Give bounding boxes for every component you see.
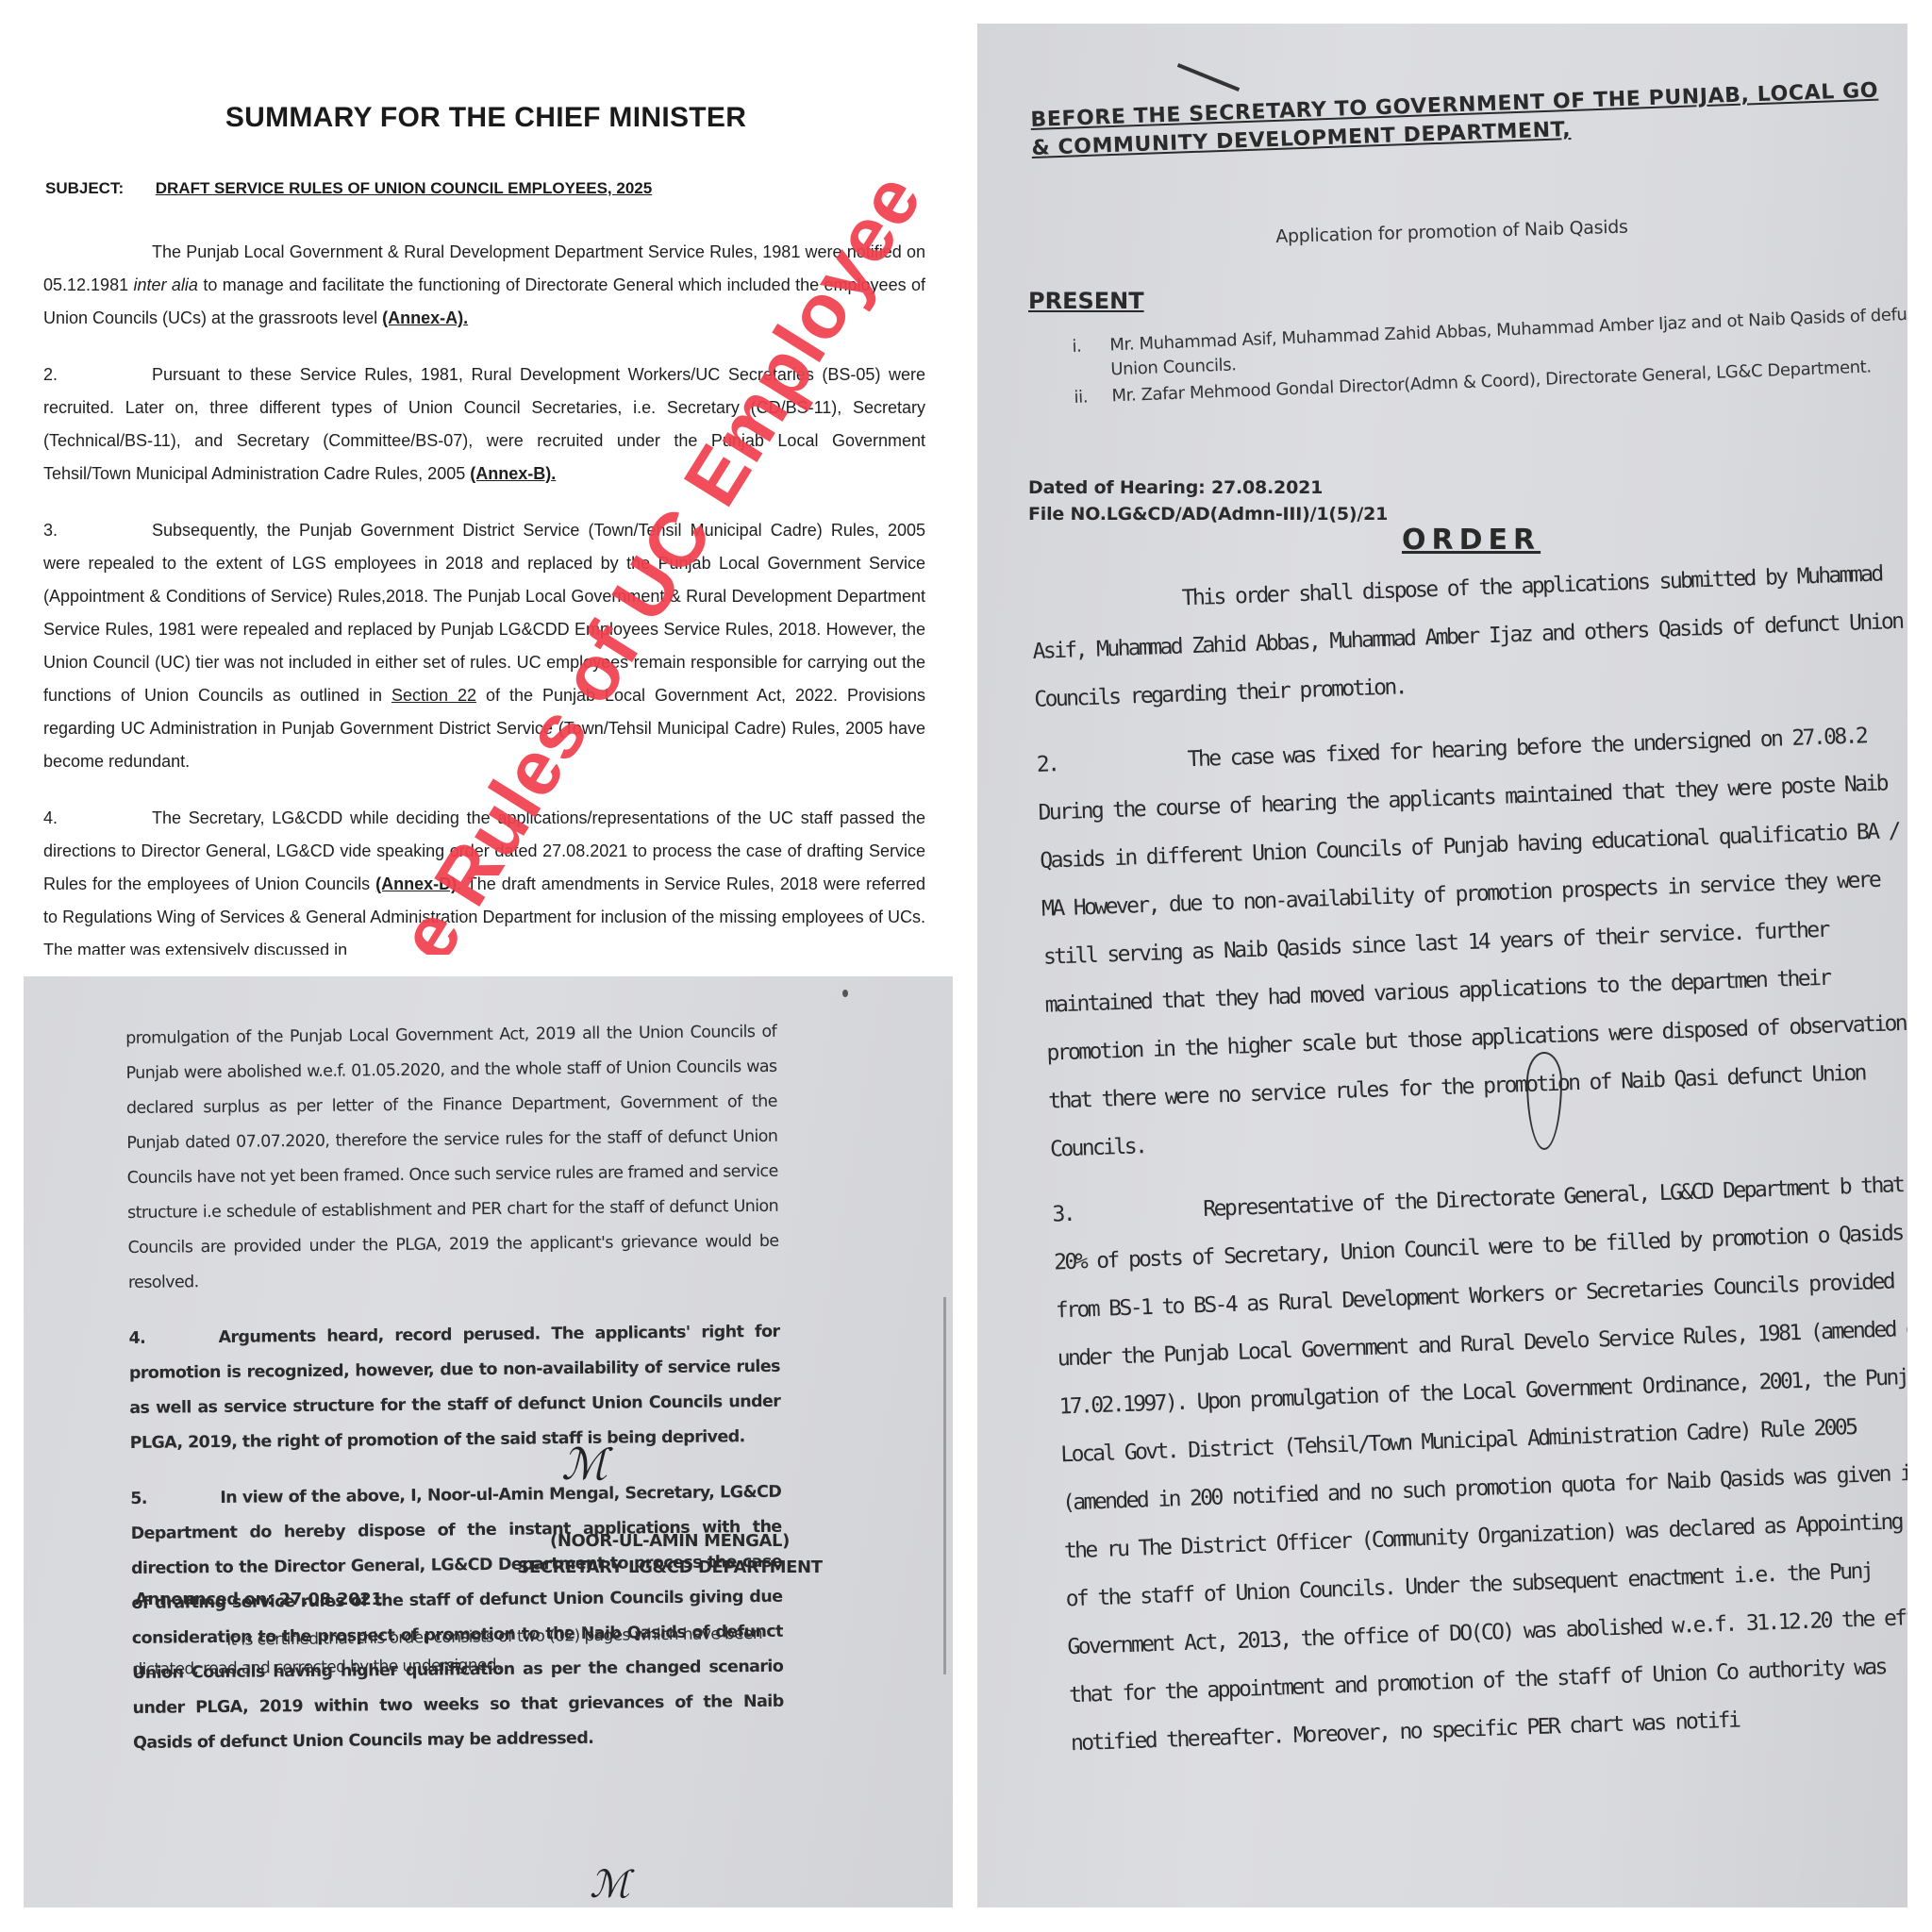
subject-label: SUBJECT: (45, 179, 151, 198)
section-22-reference: Section 22 (391, 686, 476, 705)
subject-value: DRAFT SERVICE RULES OF UNION COUNCIL EMP… (156, 179, 652, 197)
hearing-date: Dated of Hearing: 27.08.2021 (1028, 475, 1388, 501)
signatory-name: (NOOR-UL-AMIN MENGAL) (500, 1528, 840, 1555)
signatory-block: (NOOR-UL-AMIN MENGAL) SECRETARY LG&CD DE… (500, 1528, 840, 1581)
file-number: File NO.LG&CD/AD(Admn-III)/1(5)/21 (1028, 501, 1388, 527)
annex-a-reference: (Annex-A) (382, 308, 463, 327)
annex-d-reference: (Annex-D) (375, 874, 457, 893)
signatory-title: SECRETARY LG&CD DEPARTMENT (500, 1555, 840, 1581)
present-label: PRESENT (1028, 288, 1144, 314)
order-page-1-body: This order shall dispose of the applicat… (1030, 549, 1907, 1785)
initials-icon: ℳ (590, 1863, 630, 1907)
certification-note: It is certified that this order consists… (132, 1620, 774, 1684)
hearing-meta: Dated of Hearing: 27.08.2021 File NO.LG&… (1028, 475, 1388, 527)
summary-title: SUMMARY FOR THE CHIEF MINISTER (0, 102, 972, 134)
pen-mark (1177, 63, 1240, 92)
summary-document: SUMMARY FOR THE CHIEF MINISTER SUBJECT: … (0, 0, 972, 955)
order-paragraph-1: This order shall dispose of the applicat… (1030, 549, 1907, 724)
summary-subject: SUBJECT: DRAFT SERVICE RULES OF UNION CO… (45, 179, 652, 198)
order-paragraph-5: 5.In view of the above, I, Noor-ul-Amin … (130, 1475, 784, 1761)
summary-paragraph-3: 3.Subsequently, the Punjab Government Di… (43, 514, 925, 778)
order-paragraph-3: 3.Representative of the Directorate Gene… (1052, 1160, 1907, 1768)
summary-paragraph-4: 4.The Secretary, LG&CDD while deciding t… (43, 802, 925, 955)
summary-paragraph-1: The Punjab Local Government & Rural Deve… (43, 236, 925, 335)
present-list: i. Mr. Muhammad Asif, Muhammad Zahid Abb… (1072, 302, 1907, 412)
announced-date: Announced on: 27.08.2021 (135, 1590, 383, 1609)
order-forum-heading: BEFORE THE SECRETARY TO GOVERNMENT OF TH… (1030, 75, 1907, 162)
signature-icon: ℳ (561, 1439, 608, 1490)
application-title: Application for promotion of Naib Qasids (1275, 217, 1628, 247)
order-page-2: promulgation of the Punjab Local Governm… (24, 976, 953, 1907)
order-heading: ORDER (1402, 524, 1541, 557)
order-paragraph-4: 4.Arguments heard, record perused. The a… (128, 1315, 781, 1461)
summary-paragraph-2: 2.Pursuant to these Service Rules, 1981,… (43, 358, 925, 491)
staple-mark (842, 990, 848, 997)
annex-b-reference: (Annex-B) (470, 464, 551, 483)
page-fold-shadow (943, 1297, 946, 1674)
order-paragraph-2: 2.The case was fixed for hearing before … (1036, 710, 1907, 1174)
order-page-1: BEFORE THE SECRETARY TO GOVERNMENT OF TH… (977, 24, 1907, 1907)
summary-body: The Punjab Local Government & Rural Deve… (43, 236, 925, 955)
order-paragraph-3-continued: promulgation of the Punjab Local Governm… (125, 1015, 779, 1301)
